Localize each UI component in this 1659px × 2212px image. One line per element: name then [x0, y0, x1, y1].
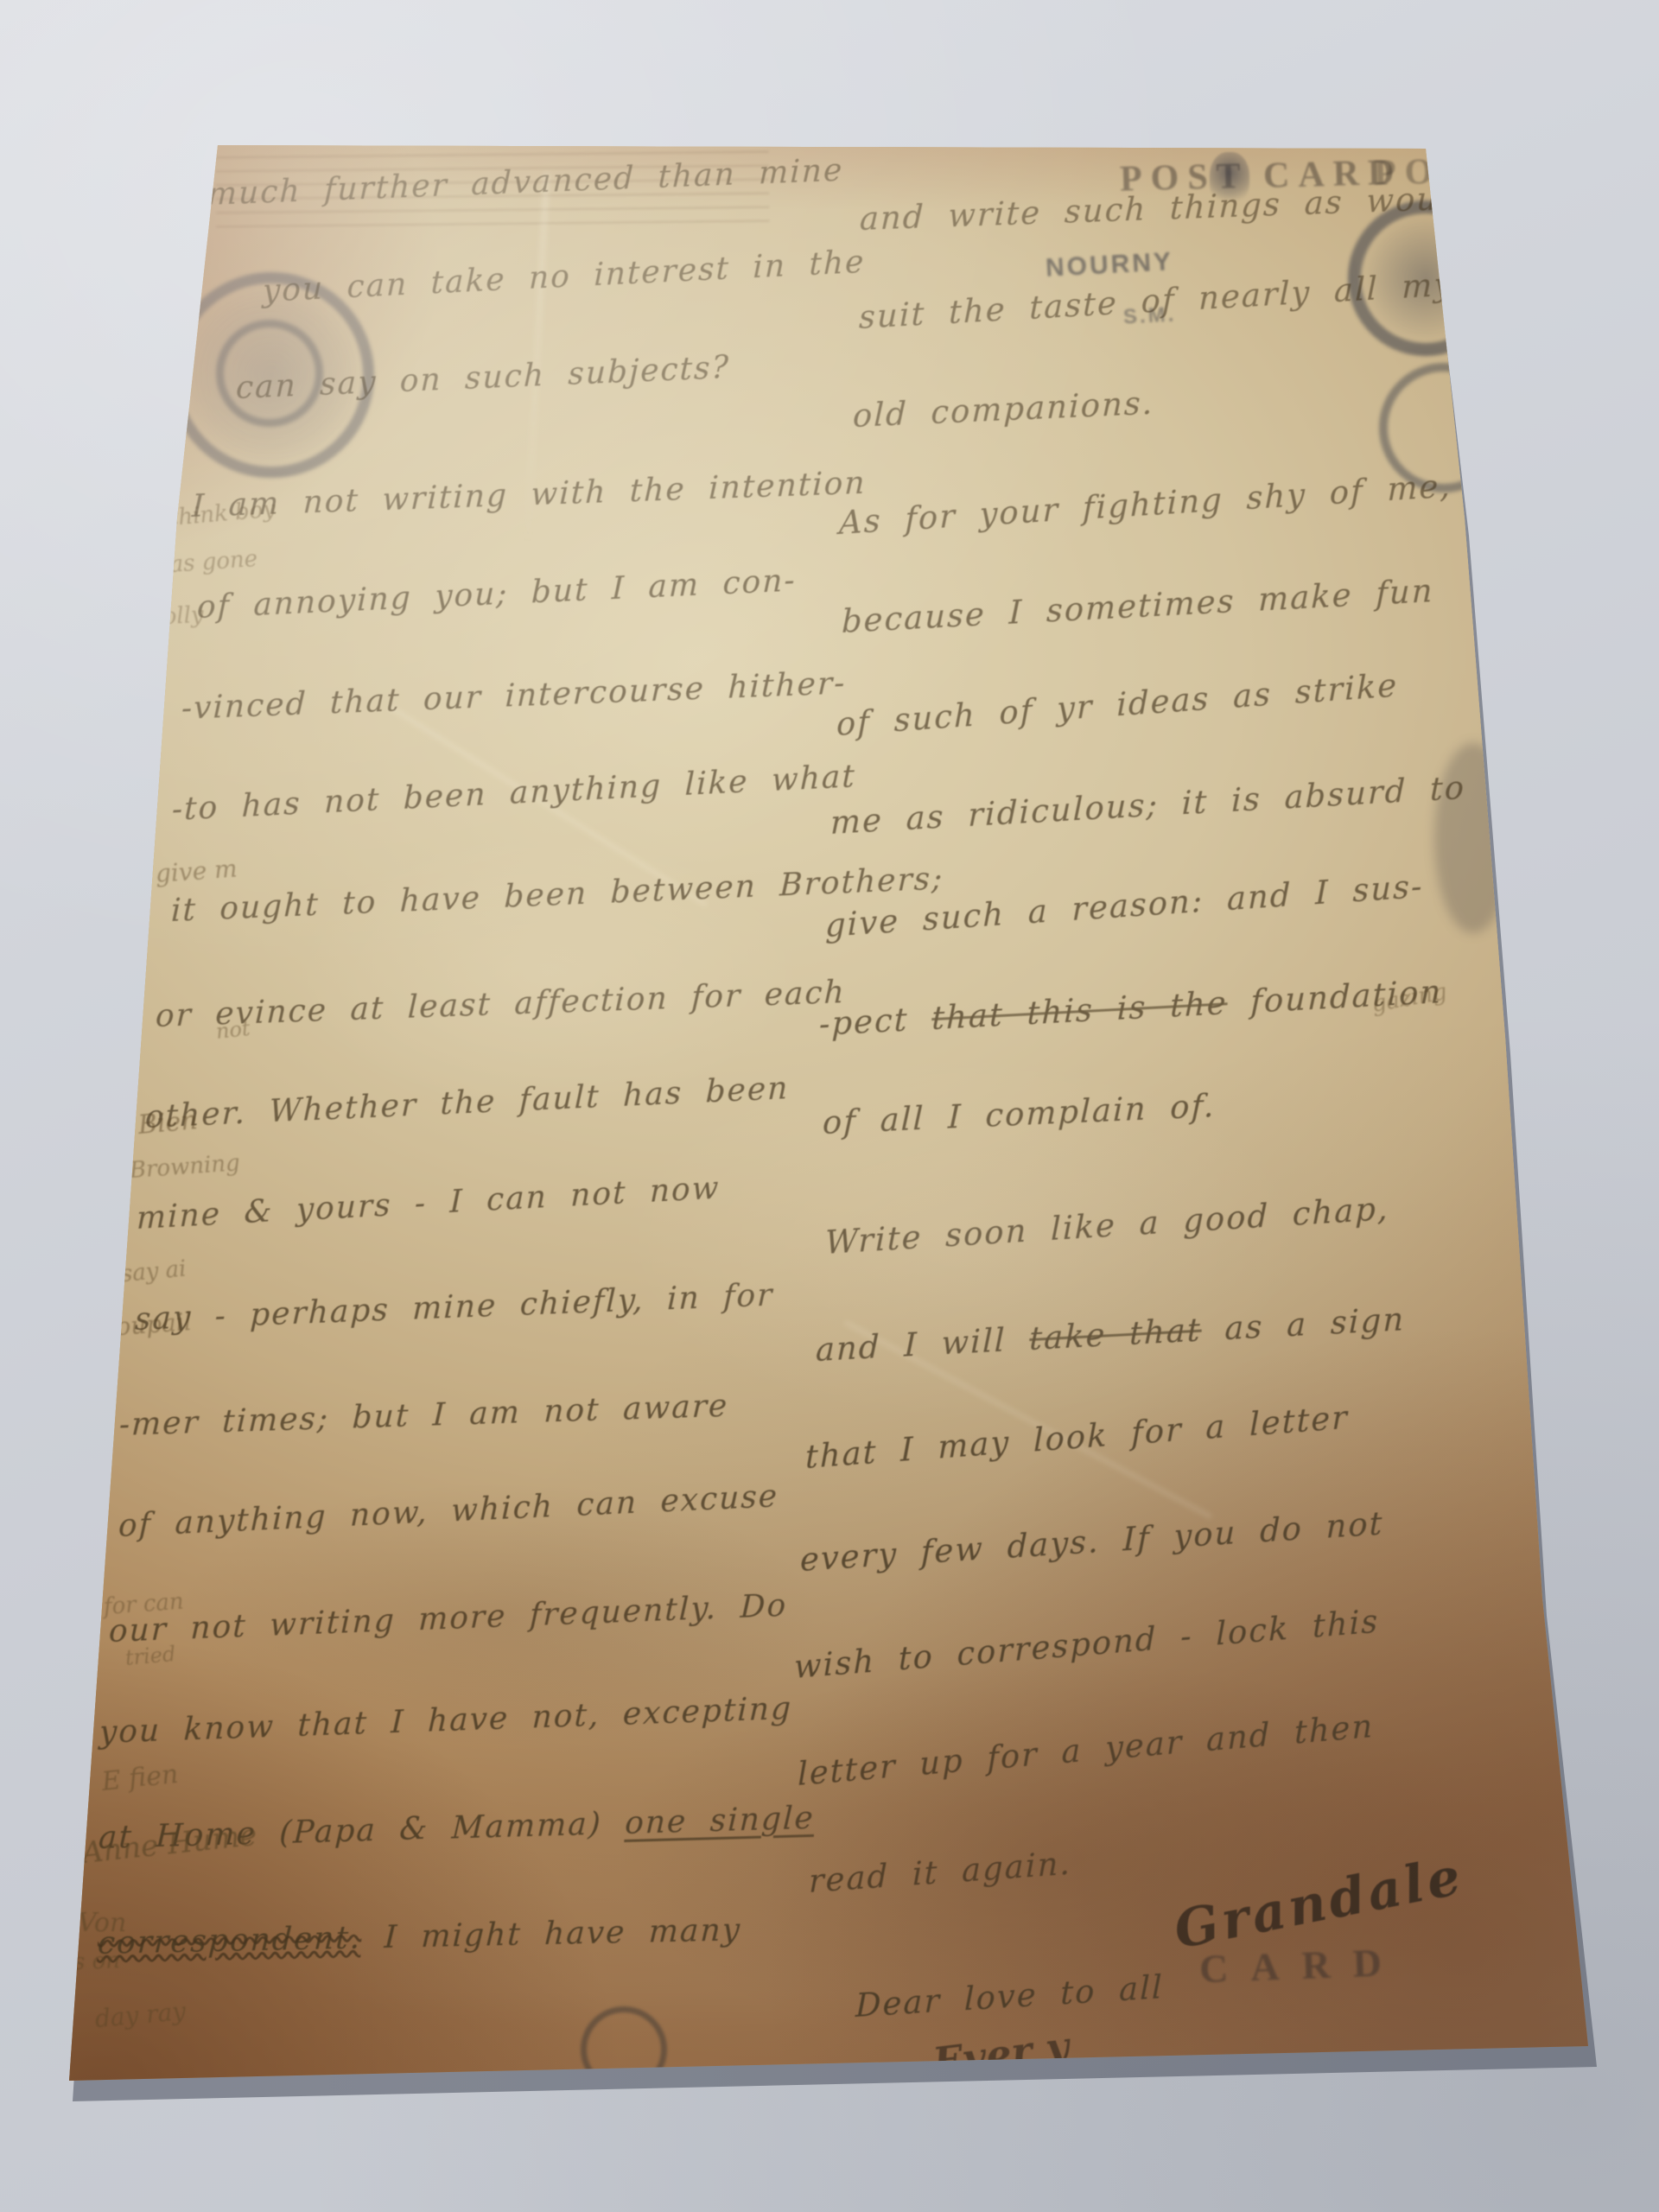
handwritten-line: give such a reason: and I sus- [824, 868, 1423, 944]
handwritten-line: of anything now, which can excuse [118, 1478, 779, 1544]
ghost-text: think boy [168, 496, 276, 531]
handwritten-line: of all I complain of. [822, 1087, 1216, 1141]
struck-or-underlined-words: that this is the [931, 984, 1228, 1037]
ghost-text: s on [73, 1948, 120, 1975]
ghost-text: day ray [94, 1997, 188, 2033]
handwritten-line: read it again. [809, 1845, 1071, 1900]
ghost-text: gazing [1370, 979, 1448, 1018]
handwritten-line: at Home (Papa & Mamma) one single [98, 1801, 815, 1856]
paper-crease [524, 173, 550, 544]
ink-smudge [1434, 743, 1512, 933]
struck-or-underlined-words: correspondent. [97, 1921, 362, 1961]
crest-icon [1210, 152, 1249, 204]
photo-background: POST CARD PO NOURNY S.M. much further ad… [0, 0, 1659, 2212]
handwritten-line: can say on such subjects? [235, 350, 730, 406]
handwritten-line: say - perhaps mine chiefly, in for [134, 1278, 774, 1338]
handwritten-line: other. Whether the fault has been [144, 1071, 789, 1135]
handwritten-line: you can take no interest in the [263, 245, 866, 309]
handwritten-line: of such of yr ideas as strike [836, 666, 1398, 743]
ghost-text: tried [124, 1642, 177, 1670]
paper-crease [844, 1320, 1213, 1520]
handwritten-line: much further advanced than mine [207, 153, 844, 213]
printed-card-label: CARD [1262, 152, 1403, 197]
handwritten-line: wish to correspond - lock this [794, 1603, 1380, 1686]
handwritten-line: I am not writing with the intention [191, 466, 867, 524]
ruled-lines-ghost [216, 151, 770, 240]
handwritten-line: because I sometimes make fun [842, 572, 1434, 640]
ghost-text: Browning [129, 1150, 241, 1184]
handwritten-line: suit the taste of nearly all my [858, 265, 1453, 336]
postmark-icon [1379, 363, 1509, 493]
ghost-text: soupail [103, 1307, 193, 1342]
handwritten-line: Write soon like a good chap, [825, 1190, 1389, 1262]
handwritten-line: me as ridiculous; it is absurd to [830, 769, 1466, 842]
ghost-text: holly [148, 602, 204, 631]
handwritten-line: mine & yours - I can not now [137, 1171, 721, 1236]
ghost-text: for can [103, 1589, 185, 1620]
ghost-text: Bien [137, 1105, 199, 1141]
handwritten-line: correspondent. I might have many [97, 1912, 742, 1961]
handwritten-line: letter up for a year and then [797, 1707, 1374, 1793]
handwritten-line: -vinced that our intercourse hither- [181, 665, 847, 727]
postmark-initials-text: S.M. [1122, 302, 1177, 329]
handwritten-line: our not writing more frequently. Do [108, 1588, 787, 1649]
postmark-icon [1348, 200, 1503, 356]
handwritten-line: old companions. [852, 385, 1154, 435]
ghost-text: say ai [120, 1255, 188, 1287]
struck-or-underlined-words: take that [1028, 1312, 1201, 1358]
paper-crease [390, 706, 708, 907]
printed-post-label: POST [1119, 156, 1249, 200]
handwritten-line: every few days. If you do not [799, 1504, 1383, 1579]
handwritten-line: of annoying you; but I am con- [196, 563, 797, 626]
handwritten-line: Dear love to all [855, 1968, 1163, 2024]
struck-or-underlined-words: one single [624, 1801, 815, 1841]
ghost-text: not [215, 1016, 251, 1044]
ghost-text: Von [78, 1908, 126, 1938]
handwritten-line: it ought to have been between Brothers; [170, 861, 944, 929]
postcard-photo: POST CARD PO NOURNY S.M. much further ad… [0, 0, 1659, 2212]
postmark-town-text: NOURNY [1045, 247, 1174, 283]
signature-overlay: Grandale [1169, 1846, 1468, 1961]
printed-po-overlap: PO [1373, 151, 1442, 194]
handwritten-line: and I will take that as a sign [815, 1300, 1405, 1369]
ghost-text: E fien [100, 1759, 180, 1797]
handwritten-line: -mer times; but I am not aware [118, 1389, 729, 1443]
handwritten-line: -to has not been anything like what [172, 759, 857, 828]
handwritten-line: As for your fighting shy of me, [838, 467, 1451, 542]
printed-card-bottom-label: CARD [1198, 1939, 1405, 1992]
ghost-text: give m [155, 854, 238, 888]
postmark-icon [168, 272, 374, 478]
handwritten-line: that I may look for a letter [805, 1399, 1349, 1476]
ghost-text: has gone [155, 546, 258, 579]
handwritten-line: -pect that this is the foundation [819, 973, 1443, 1043]
handwritten-line: or evince at least affection for each [155, 975, 846, 1034]
handwritten-line: you know that I have not, excepting [99, 1691, 792, 1751]
ghost-text: Anne Hume [80, 1818, 258, 1871]
handwritten-line: and write such things as would [859, 179, 1473, 238]
postmark-inner-ring [216, 320, 323, 427]
